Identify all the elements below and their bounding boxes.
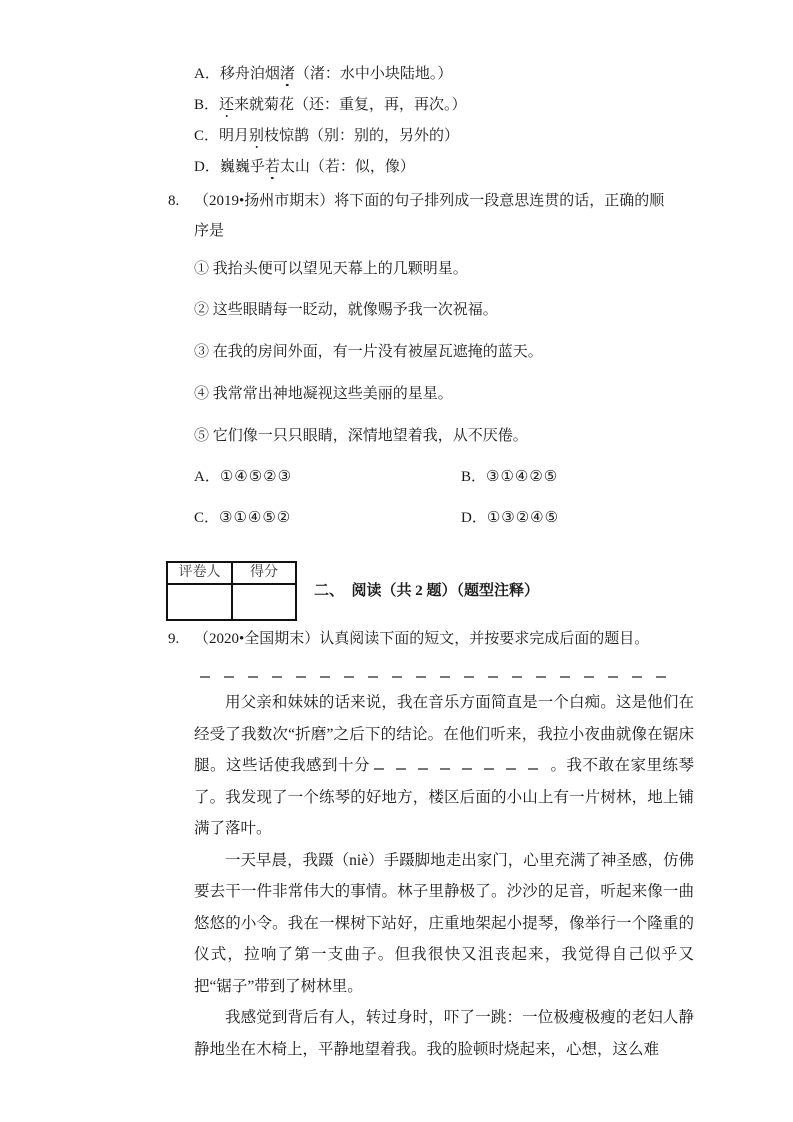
q8-choice-c[interactable]: C．③①④⑤② [194, 507, 291, 529]
q7-option-c[interactable]: C．明月别枝惊鹊（别：别的，另外的） [194, 125, 459, 147]
choice-value: ①④⑤②③ [220, 469, 292, 485]
q8-choice-d[interactable]: D．①③②④⑤ [461, 507, 559, 529]
choice-value: ①③②④⑤ [487, 510, 559, 526]
question-number: 9. [168, 628, 179, 650]
question-stem: （2020•全国期末）认真阅读下面的短文，并按要求完成后面的题目。 [194, 628, 649, 650]
option-text: 巍巍乎 [220, 159, 265, 175]
sentence-3: ③ 在我的房间外面，有一片没有被屋瓦遮掩的蓝天。 [194, 341, 543, 363]
question-stem-continued: 序是 [194, 220, 224, 242]
dash-mark [484, 768, 494, 770]
score-cell[interactable] [233, 585, 295, 619]
dash-mark [584, 676, 594, 678]
q7-option-b[interactable]: B．还来就菊花（还：重复，再，再次。） [194, 94, 467, 116]
choice-letter: B． [461, 469, 486, 485]
option-text: 太山（若：似，像） [280, 159, 415, 175]
dash-mark [418, 768, 428, 770]
dash-mark [512, 676, 522, 678]
dash-mark [506, 768, 516, 770]
dash-mark [440, 676, 450, 678]
passage-paragraph-2: 一天早晨，我蹑（niè）手蹑脚地走出家门，心里充满了神圣感，仿佛要去干一件非常伟… [194, 845, 694, 1003]
option-letter: B． [194, 97, 219, 113]
emphasized-char: 若 [265, 159, 280, 175]
option-text: 来就菊花（还：重复，再，再次。） [234, 97, 467, 113]
dash-mark [464, 676, 474, 678]
dash-mark [528, 768, 538, 770]
passage-paragraph-1: 用父亲和妹妹的话来说，我在音乐方面简直是一个白痴。这是他们在经受了我数次“折磨”… [194, 687, 694, 845]
q8-choice-a[interactable]: A．①④⑤②③ [194, 466, 292, 488]
dash-mark [272, 676, 282, 678]
passage-paragraph-3: 我感觉到背后有人，转过身时，吓了一跳：一位极瘦极瘦的老妇人静静地坐在木椅上，平静… [194, 1002, 694, 1065]
q8-choice-b[interactable]: B．③①④②⑤ [461, 466, 558, 488]
grader-header: 评卷人 [168, 563, 231, 584]
emphasized-char: 渚 [280, 66, 295, 82]
option-letter: D． [194, 159, 220, 175]
option-letter: A． [194, 66, 220, 82]
dash-mark [462, 768, 472, 770]
option-text: 移舟泊烟 [220, 66, 280, 82]
sentence-2: ② 这些眼睛每一眨动，就像赐予我一次祝福。 [194, 299, 498, 321]
q7-option-a[interactable]: A．移舟泊烟渚（渚：水中小块陆地。） [194, 63, 452, 85]
dash-mark [608, 676, 618, 678]
dash-mark [224, 676, 234, 678]
dash-mark [440, 768, 450, 770]
choice-letter: A． [194, 469, 220, 485]
emphasized-char: 别 [249, 128, 264, 144]
emphasized-char: 还 [219, 97, 234, 113]
choice-value: ③①④⑤② [219, 510, 291, 526]
dash-mark [416, 676, 426, 678]
dash-mark [560, 676, 570, 678]
sentence-5: ⑤ 它们像一只只眼睛，深情地望着我，从不厌倦。 [194, 425, 528, 447]
dash-mark [536, 676, 546, 678]
passage: 用父亲和妹妹的话来说，我在音乐方面简直是一个白痴。这是他们在经受了我数次“折磨”… [194, 687, 694, 1065]
dash-mark [296, 676, 306, 678]
q7-option-d[interactable]: D．巍巍乎若太山（若：似，像） [194, 156, 415, 178]
dash-mark [656, 676, 666, 678]
choice-letter: C． [194, 510, 219, 526]
dash-mark [396, 768, 406, 770]
choice-letter: D． [461, 510, 487, 526]
question-stem: （2019•扬州市期末）将下面的句子排列成一段意思连贯的话，正确的顺 [194, 190, 664, 212]
score-table: 评卷人 得分 [166, 561, 297, 621]
question-number: 8. [168, 190, 179, 212]
sentence-1: ① 我抬头便可以望见天幕上的几颗明星。 [194, 258, 468, 280]
grader-cell[interactable] [168, 585, 231, 619]
section-title: 二、 阅读（共 2 题）（题型注释） [314, 580, 539, 602]
passage-title-blank[interactable] [200, 668, 680, 682]
score-header: 得分 [233, 563, 295, 584]
choice-value: ③①④②⑤ [486, 469, 558, 485]
dash-mark [344, 676, 354, 678]
option-text: （渚：水中小块陆地。） [295, 66, 453, 82]
dash-mark [248, 676, 258, 678]
dash-mark [392, 676, 402, 678]
dash-mark [374, 768, 384, 770]
dash-mark [320, 676, 330, 678]
dash-mark [488, 676, 498, 678]
dash-mark [200, 676, 210, 678]
option-text: 明月 [219, 128, 249, 144]
dash-mark [368, 676, 378, 678]
option-text: 枝惊鹊（别：别的，另外的） [264, 128, 459, 144]
option-letter: C． [194, 128, 219, 144]
dash-mark [632, 676, 642, 678]
fill-in-blank[interactable] [370, 756, 550, 770]
sentence-4: ④ 我常常出神地凝视这些美丽的星星。 [194, 383, 453, 405]
